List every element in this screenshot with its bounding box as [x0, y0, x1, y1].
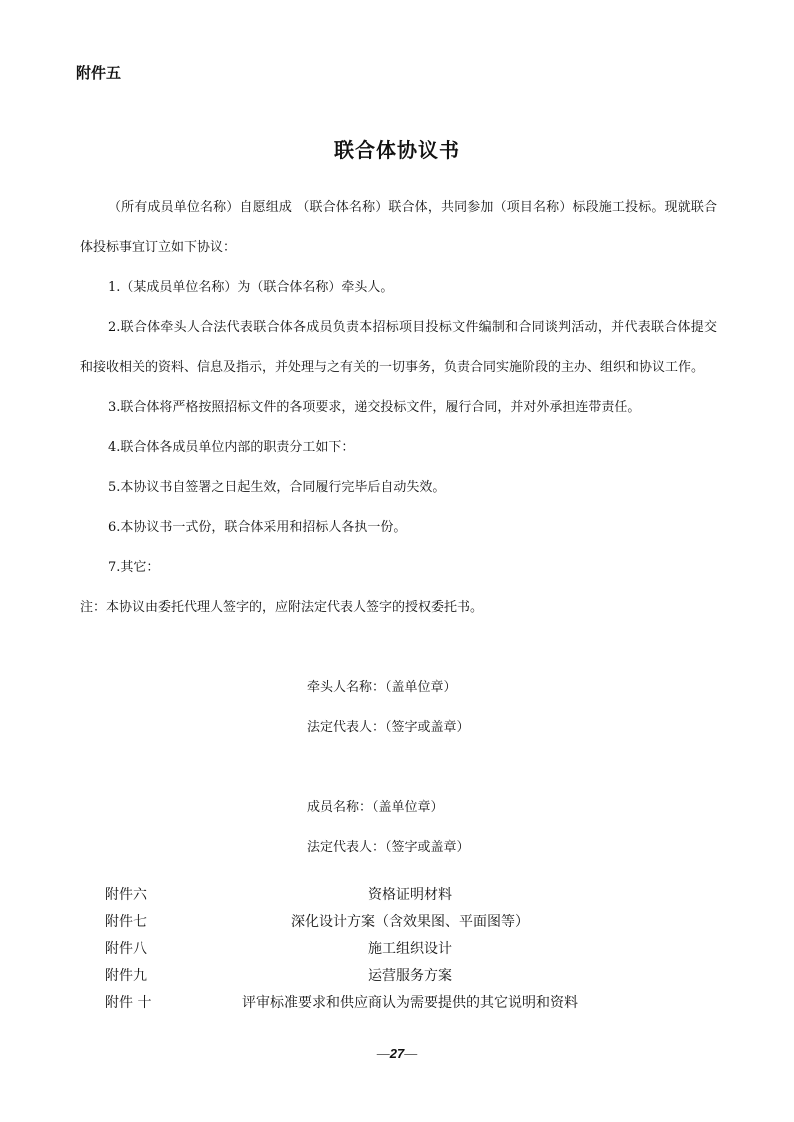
- page-number-dash-left: —: [377, 1046, 390, 1061]
- clause-2: 2.联合体牵头人合法代表联合体各成员负责本招标项目投标文件编制和合同谈判活动，并…: [80, 308, 717, 388]
- attachment-row: 附件六 资格证明材料: [105, 882, 625, 909]
- signature-spacer: [307, 748, 470, 788]
- clause-5: 5.本协议书自签署之日起生效，合同履行完毕后自动失效。: [80, 468, 717, 508]
- lead-legal-rep-line: 法定代表人：（签字或盖章）: [307, 708, 470, 748]
- attachment-label: 附件六: [105, 882, 195, 909]
- signature-block: 牵头人名称：（盖单位章） 法定代表人：（签字或盖章） 成员名称：（盖单位章） 法…: [307, 668, 470, 868]
- attachment-title: 运营服务方案: [195, 963, 625, 990]
- attachment-title: 深化设计方案（含效果图、平面图等）: [195, 909, 625, 936]
- page-number-dash-right: —: [404, 1046, 417, 1061]
- clause-6: 6.本协议书一式份，联合体采用和招标人各执一份。: [80, 508, 717, 548]
- member-name-line: 成员名称：（盖单位章）: [307, 788, 470, 828]
- attachment-row: 附件八 施工组织设计: [105, 936, 625, 963]
- agreement-body: （所有成员单位名称）自愿组成 （联合体名称）联合体，共同参加（项目名称）标段施工…: [80, 188, 717, 628]
- page-number-value: 27: [390, 1046, 404, 1061]
- clause-3: 3.联合体将严格按照招标文件的各项要求，递交投标文件，履行合同，并对外承担连带责…: [80, 388, 717, 428]
- attachment-list: 附件六 资格证明材料 附件七 深化设计方案（含效果图、平面图等） 附件八 施工组…: [105, 882, 625, 1017]
- intro-paragraph: （所有成员单位名称）自愿组成 （联合体名称）联合体，共同参加（项目名称）标段施工…: [80, 188, 717, 268]
- attachment-label: 附件七: [105, 909, 195, 936]
- attachment-row: 附件七 深化设计方案（含效果图、平面图等）: [105, 909, 625, 936]
- annex-label: 附件五: [76, 62, 121, 83]
- member-legal-rep-line: 法定代表人：（签字或盖章）: [307, 828, 470, 868]
- page-number: —27—: [0, 1046, 794, 1061]
- clause-1: 1.（某成员单位名称）为（联合体名称）牵头人。: [80, 268, 717, 308]
- clause-7: 7.其它：: [80, 548, 717, 588]
- attachment-row: 附件九 运营服务方案: [105, 963, 625, 990]
- note-paragraph: 注：本协议由委托代理人签字的，应附法定代表人签字的授权委托书。: [80, 588, 717, 628]
- attachment-label: 附件九: [105, 963, 195, 990]
- attachment-row: 附件 十 评审标准要求和供应商认为需要提供的其它说明和资料: [105, 990, 625, 1017]
- document-page: 附件五 联合体协议书 （所有成员单位名称）自愿组成 （联合体名称）联合体，共同参…: [0, 0, 794, 1122]
- attachment-label: 附件 十: [105, 990, 195, 1017]
- lead-party-name-line: 牵头人名称：（盖单位章）: [307, 668, 470, 708]
- attachment-label: 附件八: [105, 936, 195, 963]
- clause-4: 4.联合体各成员单位内部的职责分工如下：: [80, 428, 717, 468]
- attachment-title: 资格证明材料: [195, 882, 625, 909]
- page-title: 联合体协议书: [0, 134, 794, 163]
- attachment-title: 评审标准要求和供应商认为需要提供的其它说明和资料: [195, 990, 625, 1017]
- attachment-title: 施工组织设计: [195, 936, 625, 963]
